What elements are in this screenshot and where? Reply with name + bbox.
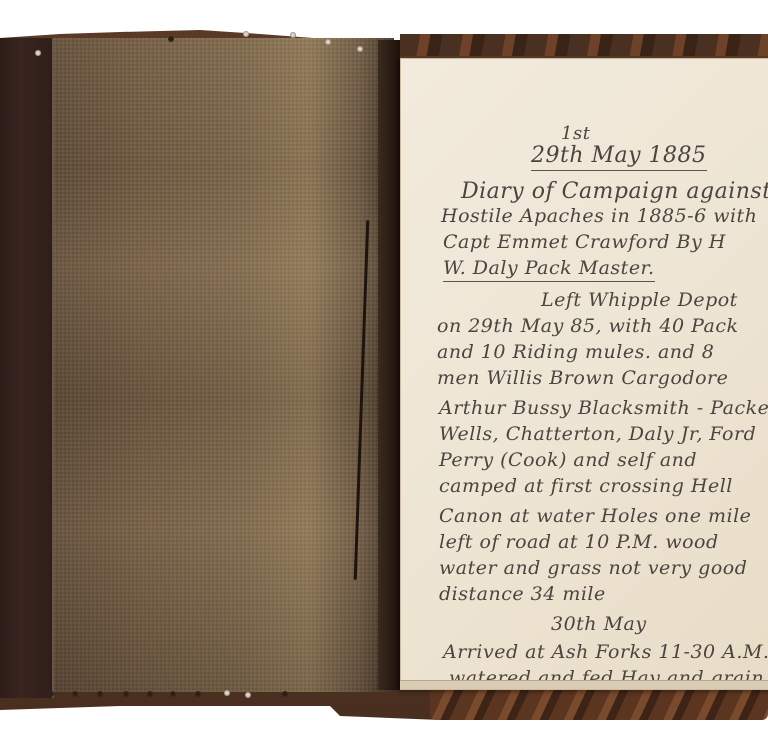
stitch-hole	[123, 691, 129, 697]
page-number: 1st	[561, 123, 768, 144]
stitch-hole	[170, 691, 176, 697]
diary-title-line: Capt Emmet Crawford By H	[443, 231, 768, 253]
diary-text-line: on 29th May 85, with 40 Pack	[437, 315, 768, 337]
diary-text-line: and 10 Riding mules. and 8	[437, 341, 768, 363]
silk-lining-sheen	[54, 38, 394, 692]
stitch-hole	[72, 691, 78, 697]
stitch-hole	[282, 691, 288, 697]
diary-text-line: Arthur Bussy Blacksmith - Packers	[439, 397, 768, 419]
page-bottom-edge	[400, 680, 768, 689]
stitch-hole	[97, 691, 103, 697]
entry-date-heading: 29th May 1885	[531, 143, 768, 168]
diary-text-line: distance 34 mile	[439, 583, 768, 605]
leather-spine	[0, 38, 54, 698]
stitch-hole	[168, 36, 174, 42]
diary-text-line: left of road at 10 P.M. wood	[439, 531, 768, 553]
diary-photo: 1st 29th May 1885 Diary of Campaign agai…	[0, 0, 768, 735]
stitch-hole	[357, 46, 363, 52]
stitch-hole	[35, 50, 41, 56]
diary-text-line: Wells, Chatterton, Daly Jr, Ford	[439, 423, 768, 445]
stitch-hole	[147, 691, 153, 697]
diary-title-line: Diary of Campaign against	[461, 179, 768, 204]
diary-text-line: camped at first crossing Hell	[439, 475, 768, 497]
diary-text-line: water and grass not very good	[439, 557, 768, 579]
diary-text-line: Canon at water Holes one mile	[439, 505, 768, 527]
top-leather-lacing	[400, 34, 768, 56]
diary-title-line: W. Daly Pack Master.	[443, 257, 768, 279]
diary-text-line: men Willis Brown Cargodore	[437, 367, 768, 389]
stitch-hole	[243, 31, 249, 37]
bottom-leather-lacing	[430, 690, 768, 720]
diary-page: 1st 29th May 1885 Diary of Campaign agai…	[400, 58, 768, 690]
diary-title-line: Hostile Apaches in 1885-6 with	[441, 205, 768, 227]
book-gutter	[378, 40, 400, 690]
stitch-hole	[48, 691, 54, 697]
stitch-hole	[195, 691, 201, 697]
stitch-hole	[245, 692, 251, 698]
diary-text-line: Left Whipple Depot	[541, 289, 768, 311]
diary-text-line: Perry (Cook) and self and	[439, 449, 768, 471]
stitch-hole	[290, 32, 296, 38]
stitch-hole	[325, 39, 331, 45]
diary-text-line: Arrived at Ash Forks 11-30 A.M.	[443, 641, 768, 663]
stitch-hole	[224, 690, 230, 696]
entry-date-heading: 30th May	[551, 613, 768, 635]
